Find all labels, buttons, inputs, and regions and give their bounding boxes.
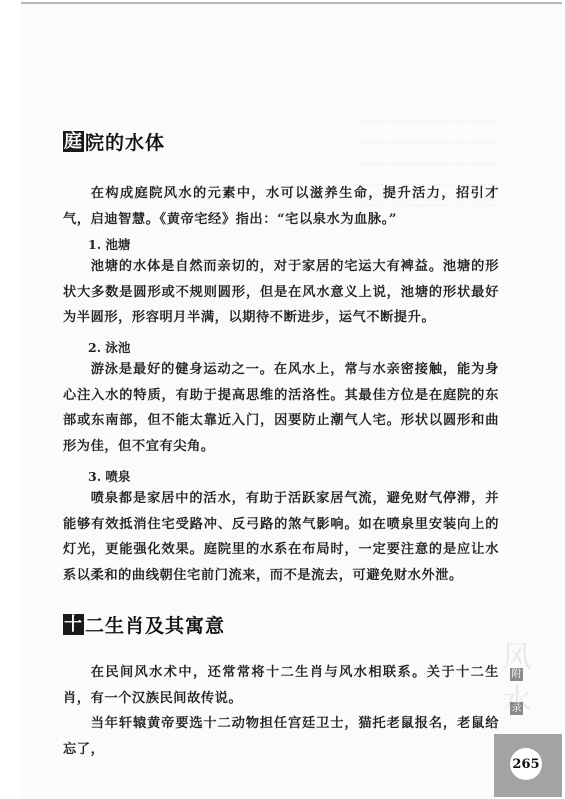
zodiac-paragraph-1: 在民间风水术中，还常常将十二生肖与风水相联系。关于十二生肖，有一个汉族民间故传说… (63, 660, 499, 711)
appendix-side-tab: 风 水 附 录 (496, 632, 540, 722)
subsection-heading-pond: 1. 池塘 (88, 235, 130, 253)
zodiac-paragraph-2: 当年轩辕黄帝要选十二动物担任宫廷卫士，猫托老鼠报名，老鼠给忘了， (63, 711, 499, 762)
page-number: 265 (510, 748, 542, 780)
section-title-zodiac: 十 二生肖及其寓意 (63, 611, 225, 638)
subsection-body-pool: 游泳是最好的健身运动之一。在风水上，常与水亲密接触，能为身心注入水的特质，有助于… (63, 357, 499, 459)
page-number-block: 265 (494, 734, 562, 797)
section-title-text: 二生肖及其寓意 (85, 611, 225, 638)
section-title-cap: 十 (63, 614, 84, 635)
subsection-body-fountain: 喷泉都是家居中的活水，有助于活跃家居气流，避免财气停滞，并能够有效抵消住宅受路冲… (63, 486, 499, 588)
side-tab-label: 录 (510, 702, 523, 715)
side-tab-label: 附 (510, 668, 523, 681)
section-title-text: 院的水体 (85, 128, 165, 155)
subsection-heading-fountain: 3. 喷泉 (88, 467, 130, 485)
section-title-cap: 庭 (63, 131, 84, 152)
subsection-body-pond: 池塘的水体是自然而亲切的，对于家居的宅运大有裨益。池塘的形状大多数是圆形或不规则… (63, 254, 499, 331)
book-page: ········································… (21, 2, 562, 799)
subsection-heading-pool: 2. 泳池 (88, 338, 130, 356)
section-title-courtyard-water: 庭 院的水体 (63, 128, 165, 155)
intro-paragraph: 在构成庭院风水的元素中，水可以滋养生命，提升活力，招引才气，启迪智慧。《黄帝宅经… (63, 181, 499, 232)
